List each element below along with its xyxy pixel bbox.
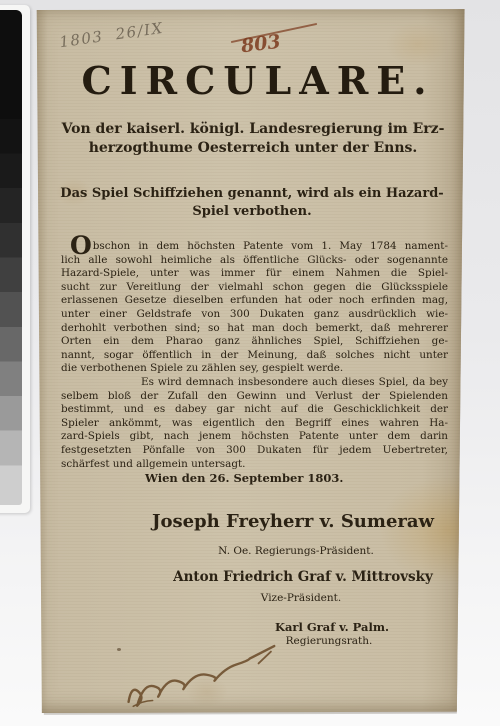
body-text-line: nannt, sogar öffentlich in der Meinung, … [61, 349, 448, 363]
body-text-line: Hazard-Spiele, unter was immer für einem… [61, 267, 448, 281]
body-text-line: Orten ein dem Pharao ganz ähnliches Spie… [61, 335, 448, 349]
signer-3-name: Karl Graf v. Palm. [117, 620, 500, 634]
body-text-line: Es wird demnach insbesondere auch dieses… [61, 376, 448, 390]
body-text-line: Obschon in dem höchsten Patente vom 1. M… [61, 240, 448, 254]
body-text-line: festgesetzten Pönfalle von 300 Dukaten f… [61, 444, 448, 458]
signer-1-title: N. Oe. Regierungs-Präsident. [81, 545, 500, 557]
body-text-line: sucht zur Vereitlung der vielmahl schon … [61, 281, 448, 295]
body-text-line: Spieler ankömmt, was eigentlich den Begr… [61, 417, 448, 431]
decree-heading-line: Spiel verbothen. [37, 203, 467, 221]
decree-heading: Das Spiel Schiffziehen genannt, wird als… [37, 185, 467, 220]
subtitle-line: Von der kaiserl. königl. Landesregierung… [38, 120, 468, 139]
ink-number-annotation: 803 [240, 31, 282, 58]
body-text: Obschon in dem höchsten Patente vom 1. M… [61, 240, 448, 471]
pencil-annotation: 1803 26/IX [58, 19, 164, 51]
body-text-line: derhohlt verbothen sind; so hat man doch… [61, 322, 448, 336]
body-text-line: erlassenen Gesetze dieselben erfunden ha… [61, 294, 448, 308]
signer-2-name: Anton Friedrich Graf v. Mittrovsky [88, 569, 500, 585]
body-text-line: lich alle sowohl heimliche als öffentlic… [61, 254, 448, 268]
photo-backdrop: 1803 26/IX 803 CIRCULARE. Von der kaiser… [0, 0, 500, 726]
document-title: CIRCULARE. [43, 58, 473, 103]
ink-spot [117, 648, 121, 651]
document-paper: 1803 26/IX 803 CIRCULARE. Von der kaiser… [35, 9, 465, 713]
grayscale-calibration-strip [0, 10, 22, 505]
decree-heading-line: Das Spiel Schiffziehen genannt, wird als… [37, 185, 467, 203]
body-text-line: bestimmt, und es dabey gar nicht auf die… [61, 403, 448, 417]
body-text-line: unter einer Geldstrafe von 300 Dukaten g… [61, 308, 448, 322]
signer-3-title: Regierungsrath. [114, 635, 500, 647]
subtitle-line: herzogthume Oesterreich unter der Enns. [38, 139, 468, 158]
issuer-subtitle: Von der kaiserl. königl. Landesregierung… [38, 120, 468, 158]
signer-2-title: Vize-Präsident. [86, 592, 500, 604]
dateline: Wien den 26. September 1803. [145, 471, 343, 485]
handwritten-signature [117, 637, 293, 718]
body-text-line: zard-Spiels gibt, nach jenem höchsten Pa… [61, 430, 448, 444]
signer-1-name: Joseph Freyherr v. Sumeraw [78, 511, 500, 532]
drop-cap: O [70, 231, 92, 260]
body-text-line: selbem bloß der Zufall den Gewinn und Ve… [61, 390, 448, 404]
